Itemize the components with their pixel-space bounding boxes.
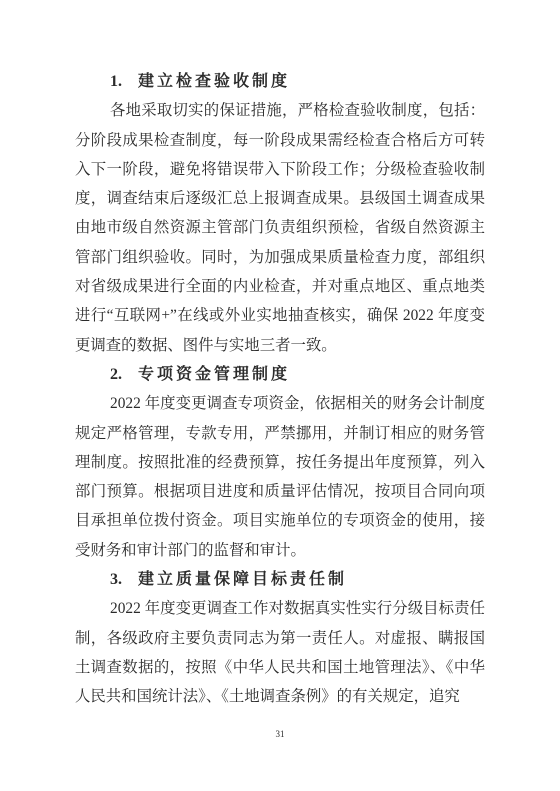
section-number-3: 3. [110,571,122,588]
section-title-2: 专项资金管理制度 [138,366,290,383]
section-paragraph-3: 2022 年度变更调查工作对数据真实性实行分级目标责任制，各级政府主要负责同志为… [75,594,485,711]
section-paragraph-2: 2022 年度变更调查专项资金，依据相关的财务会计制度规定严格管理，专款专用，严… [75,389,485,565]
page-number: 31 [0,728,560,740]
section-number-2: 2. [110,366,122,383]
document-content: 1.建立检查验收制度 各地采取切实的保证措施，严格检查验收制度，包括：分阶段成果… [75,67,485,712]
section-title-3: 建立质量保障目标责任制 [138,571,347,588]
section-heading-1: 1.建立检查验收制度 [75,67,485,96]
section-title-1: 建立检查验收制度 [138,73,290,90]
section-paragraph-1: 各地采取切实的保证措施，严格检查验收制度，包括：分阶段成果检查制度，每一阶段成果… [75,96,485,360]
section-number-1: 1. [110,73,122,90]
section-heading-2: 2.专项资金管理制度 [75,360,485,389]
section-heading-3: 3.建立质量保障目标责任制 [75,565,485,594]
document-page: 1.建立检查验收制度 各地采取切实的保证措施，严格检查验收制度，包括：分阶段成果… [0,0,560,791]
